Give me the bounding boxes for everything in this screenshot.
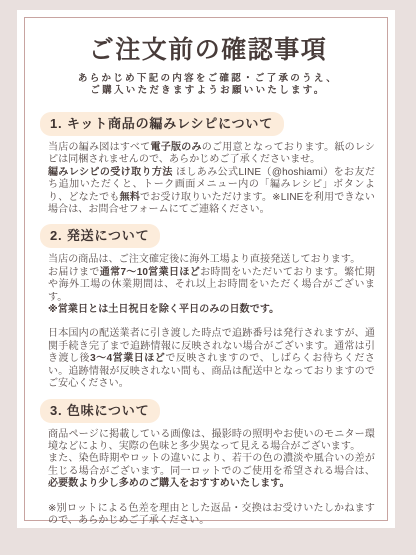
paragraph: 当店の商品は、ご注文確定後に海外工場より直接発送しております。お届けまで通常7〜… xyxy=(48,254,375,316)
section-shipping-body: 当店の商品は、ご注文確定後に海外工場より直接発送しております。お届けまで通常7〜… xyxy=(48,254,375,390)
page-title: ご注文前の確認事項 xyxy=(40,36,376,64)
paragraph: 商品ページに掲載している画像は、撮影時の照明やお使いのモニター環境などにより、実… xyxy=(48,429,375,491)
section-shipping: 2. 発送について 当店の商品は、ご注文確定後に海外工場より直接発送しております… xyxy=(40,224,376,390)
page-subtitle-line-2: ご購入いただきますようお願いいたします。 xyxy=(90,85,325,96)
section-knit-recipe: 1. キット商品の編みレシピについて 当店の編み図はすべて電子版のみのご用意とな… xyxy=(40,112,376,216)
section-color-body: 商品ページに掲載している画像は、撮影時の照明やお使いのモニター環境などにより、実… xyxy=(48,429,375,528)
page-subtitle: あらかじめ下記の内容をご確認・ご了承のうえ、 ご購入いただきますようお願いいたし… xyxy=(40,73,376,97)
confirmation-notice-card: ご注文前の確認事項 あらかじめ下記の内容をご確認・ご了承のうえ、 ご購入いただき… xyxy=(17,10,395,528)
card-content: ご注文前の確認事項 あらかじめ下記の内容をご確認・ご了承のうえ、 ご購入いただき… xyxy=(40,10,376,527)
section-knit-recipe-heading: 1. キット商品の編みレシピについて xyxy=(40,112,284,136)
page-subtitle-line-1: あらかじめ下記の内容をご確認・ご了承のうえ、 xyxy=(78,73,338,84)
paragraph: 当店の編み図はすべて電子版のみのご用意となっております。紙のレシピは同梱されませ… xyxy=(48,142,375,216)
section-knit-recipe-body: 当店の編み図はすべて電子版のみのご用意となっております。紙のレシピは同梱されませ… xyxy=(48,142,375,216)
section-color: 3. 色味について 商品ページに掲載している画像は、撮影時の照明やお使いのモニタ… xyxy=(40,399,376,528)
notice-page: { "header": { "title": "ご注文前の確認事項", "sub… xyxy=(0,0,416,555)
paragraph: 日本国内の配送業者に引き渡した時点で追跡番号は発行されますが、通関手続き完了まで… xyxy=(48,328,375,390)
paragraph: ※別ロットによる色差を理由とした返品・交換はお受けいたしかねますので、あらかじめ… xyxy=(48,503,375,528)
section-shipping-heading: 2. 発送について xyxy=(40,224,160,248)
section-color-heading: 3. 色味について xyxy=(40,399,160,423)
